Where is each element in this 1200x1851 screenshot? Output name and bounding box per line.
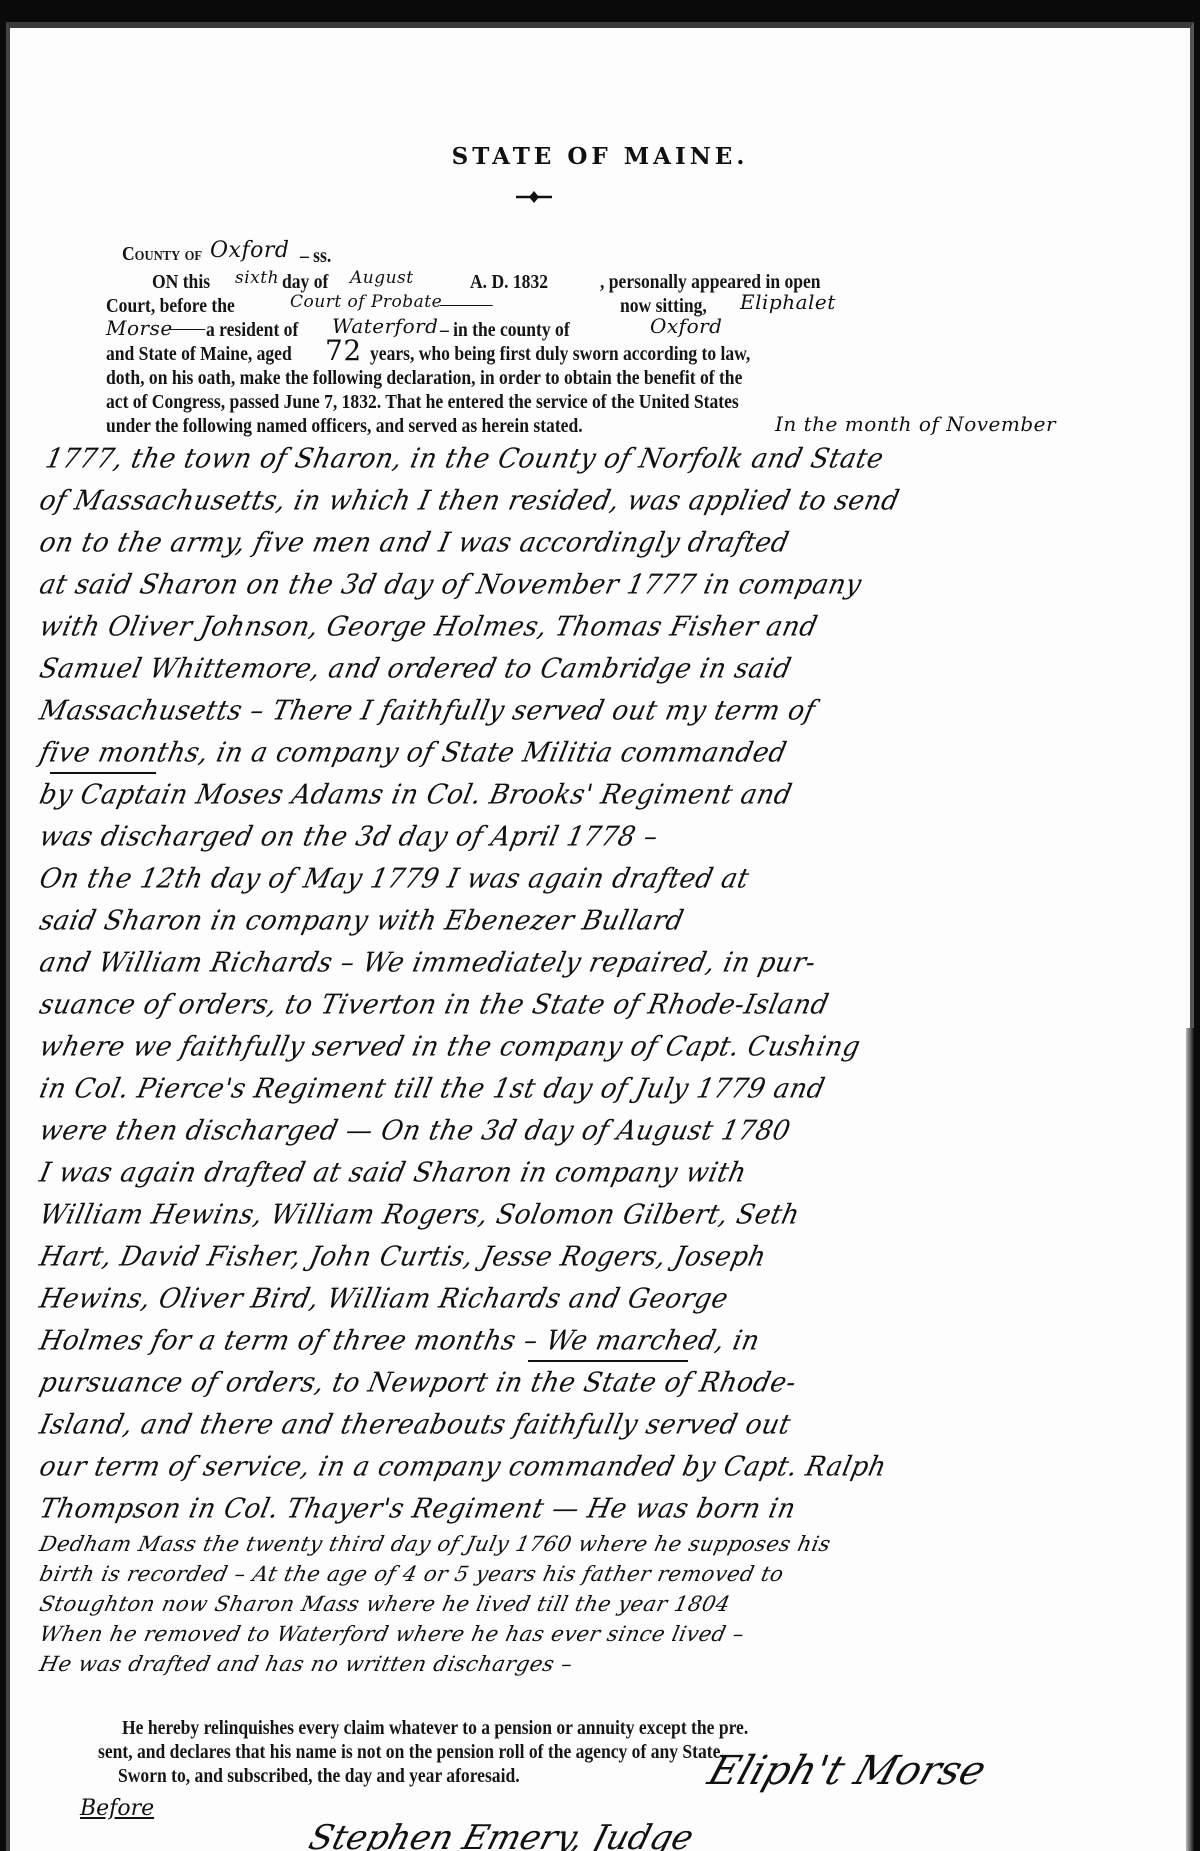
declaration-line: I was again drafted at said Sharon in co… bbox=[37, 1157, 750, 1189]
declaration-line: suance of orders, to Tiverton in the Sta… bbox=[37, 989, 832, 1021]
judge-signature: Stephen Emery, Judge bbox=[305, 1818, 698, 1851]
declaration-line: Massachusetts – There I faithfully serve… bbox=[37, 695, 819, 727]
declaration-line-underlined: five months, in a company of State Milit… bbox=[37, 737, 790, 769]
year-label: A. D. 1832 bbox=[470, 272, 548, 294]
line3-mid: a resident of bbox=[206, 320, 298, 342]
declaration-line: said Sharon in company with Ebenezer Bul… bbox=[37, 905, 687, 937]
declaration-line: Samuel Whittemore, and ordered to Cambri… bbox=[37, 653, 794, 685]
before-label: Before bbox=[80, 1796, 154, 1821]
document-title: STATE OF MAINE. bbox=[10, 143, 1190, 170]
sworn-line: Sworn to, and subscribed, the day and ye… bbox=[118, 1766, 520, 1788]
declaration-line: were then discharged — On the 3d day of … bbox=[37, 1115, 794, 1147]
declarant-name-part1: Eliphalet bbox=[740, 290, 836, 314]
line2-prefix: Court, before the bbox=[106, 296, 235, 318]
declaration-line: Hewins, Oliver Bird, William Richards an… bbox=[37, 1283, 731, 1315]
declaration-line: Dedham Mass the twenty third day of July… bbox=[37, 1532, 833, 1556]
relinquish-line-1: He hereby relinquishes every claim whate… bbox=[122, 1718, 748, 1740]
relinquish-line-2: sent, and declares that his name is not … bbox=[98, 1742, 725, 1764]
declaration-line: birth is recorded – At the age of 4 or 5… bbox=[37, 1562, 786, 1586]
county-suffix: – ss. bbox=[300, 246, 331, 268]
day-field: sixth bbox=[235, 268, 279, 288]
underline-five-months bbox=[50, 772, 156, 774]
line4-suffix: years, who being first duly sworn accord… bbox=[370, 344, 750, 366]
diamond-ornament-icon bbox=[516, 191, 552, 203]
age-field: 72 bbox=[325, 334, 362, 367]
court-field: Court of Probate bbox=[290, 292, 442, 312]
declaration-line: Island, and there and thereabouts faithf… bbox=[37, 1409, 794, 1441]
line1-prefix: ON this bbox=[152, 272, 210, 294]
line6: act of Congress, passed June 7, 1832. Th… bbox=[106, 392, 739, 414]
declaration-line: our term of service, in a company comman… bbox=[37, 1451, 890, 1483]
declarant-signature: Eliph't Morse bbox=[703, 1748, 992, 1794]
declaration-line: and William Richards – We immediately re… bbox=[37, 947, 819, 979]
county-label: County of bbox=[122, 244, 202, 266]
county-value: Oxford bbox=[210, 238, 289, 263]
declaration-line: with Oliver Johnson, George Holmes, Thom… bbox=[37, 611, 821, 643]
declaration-line: pursuance of orders, to Newport in the S… bbox=[37, 1367, 800, 1399]
declaration-line: in Col. Pierce's Regiment till the 1st d… bbox=[37, 1073, 828, 1105]
line1-mid: day of bbox=[282, 272, 328, 294]
declarant-name-part2: Morse bbox=[106, 316, 173, 340]
declaration-line: 1777, the town of Sharon, in the County … bbox=[43, 443, 887, 475]
line7-handwritten: In the month of November bbox=[775, 412, 1056, 436]
declaration-line: On the 12th day of May 1779 I was again … bbox=[37, 863, 752, 895]
county-field: Oxford bbox=[650, 314, 722, 338]
line3-dash: —— bbox=[170, 318, 205, 340]
declaration-line: He was drafted and has no written discha… bbox=[37, 1652, 575, 1676]
declaration-line: by Captain Moses Adams in Col. Brooks' R… bbox=[37, 779, 795, 811]
declaration-line: When he removed to Waterford where he ha… bbox=[37, 1622, 746, 1646]
declaration-line: was discharged on the 3d day of April 17… bbox=[37, 821, 661, 853]
declaration-line: of Massachusetts, in which I then reside… bbox=[37, 485, 903, 517]
line2-dash: ——— bbox=[440, 294, 493, 316]
declaration-line: Thompson in Col. Thayer's Regiment — He … bbox=[37, 1493, 799, 1525]
line5: doth, on his oath, make the following de… bbox=[106, 368, 742, 390]
declaration-line: where we faithfully served in the compan… bbox=[37, 1031, 864, 1063]
line4-prefix: and State of Maine, aged bbox=[106, 344, 292, 366]
line7-printed: under the following named officers, and … bbox=[106, 416, 583, 438]
declaration-line: Hart, David Fisher, John Curtis, Jesse R… bbox=[37, 1241, 769, 1273]
underline-three-months bbox=[528, 1360, 688, 1362]
declaration-line-underlined: Holmes for a term of three months – We m… bbox=[37, 1325, 763, 1357]
declaration-line: at said Sharon on the 3d day of November… bbox=[37, 569, 865, 601]
month-field: August bbox=[350, 268, 414, 288]
declaration-line: on to the army, five men and I was accor… bbox=[37, 527, 792, 559]
document-page: STATE OF MAINE. County of Oxford – ss. O… bbox=[6, 22, 1194, 1851]
declaration-line: Stoughton now Sharon Mass where he lived… bbox=[37, 1592, 732, 1616]
line3-mid2: – in the county of bbox=[440, 320, 570, 342]
declaration-line: William Hewins, William Rogers, Solomon … bbox=[37, 1199, 803, 1231]
